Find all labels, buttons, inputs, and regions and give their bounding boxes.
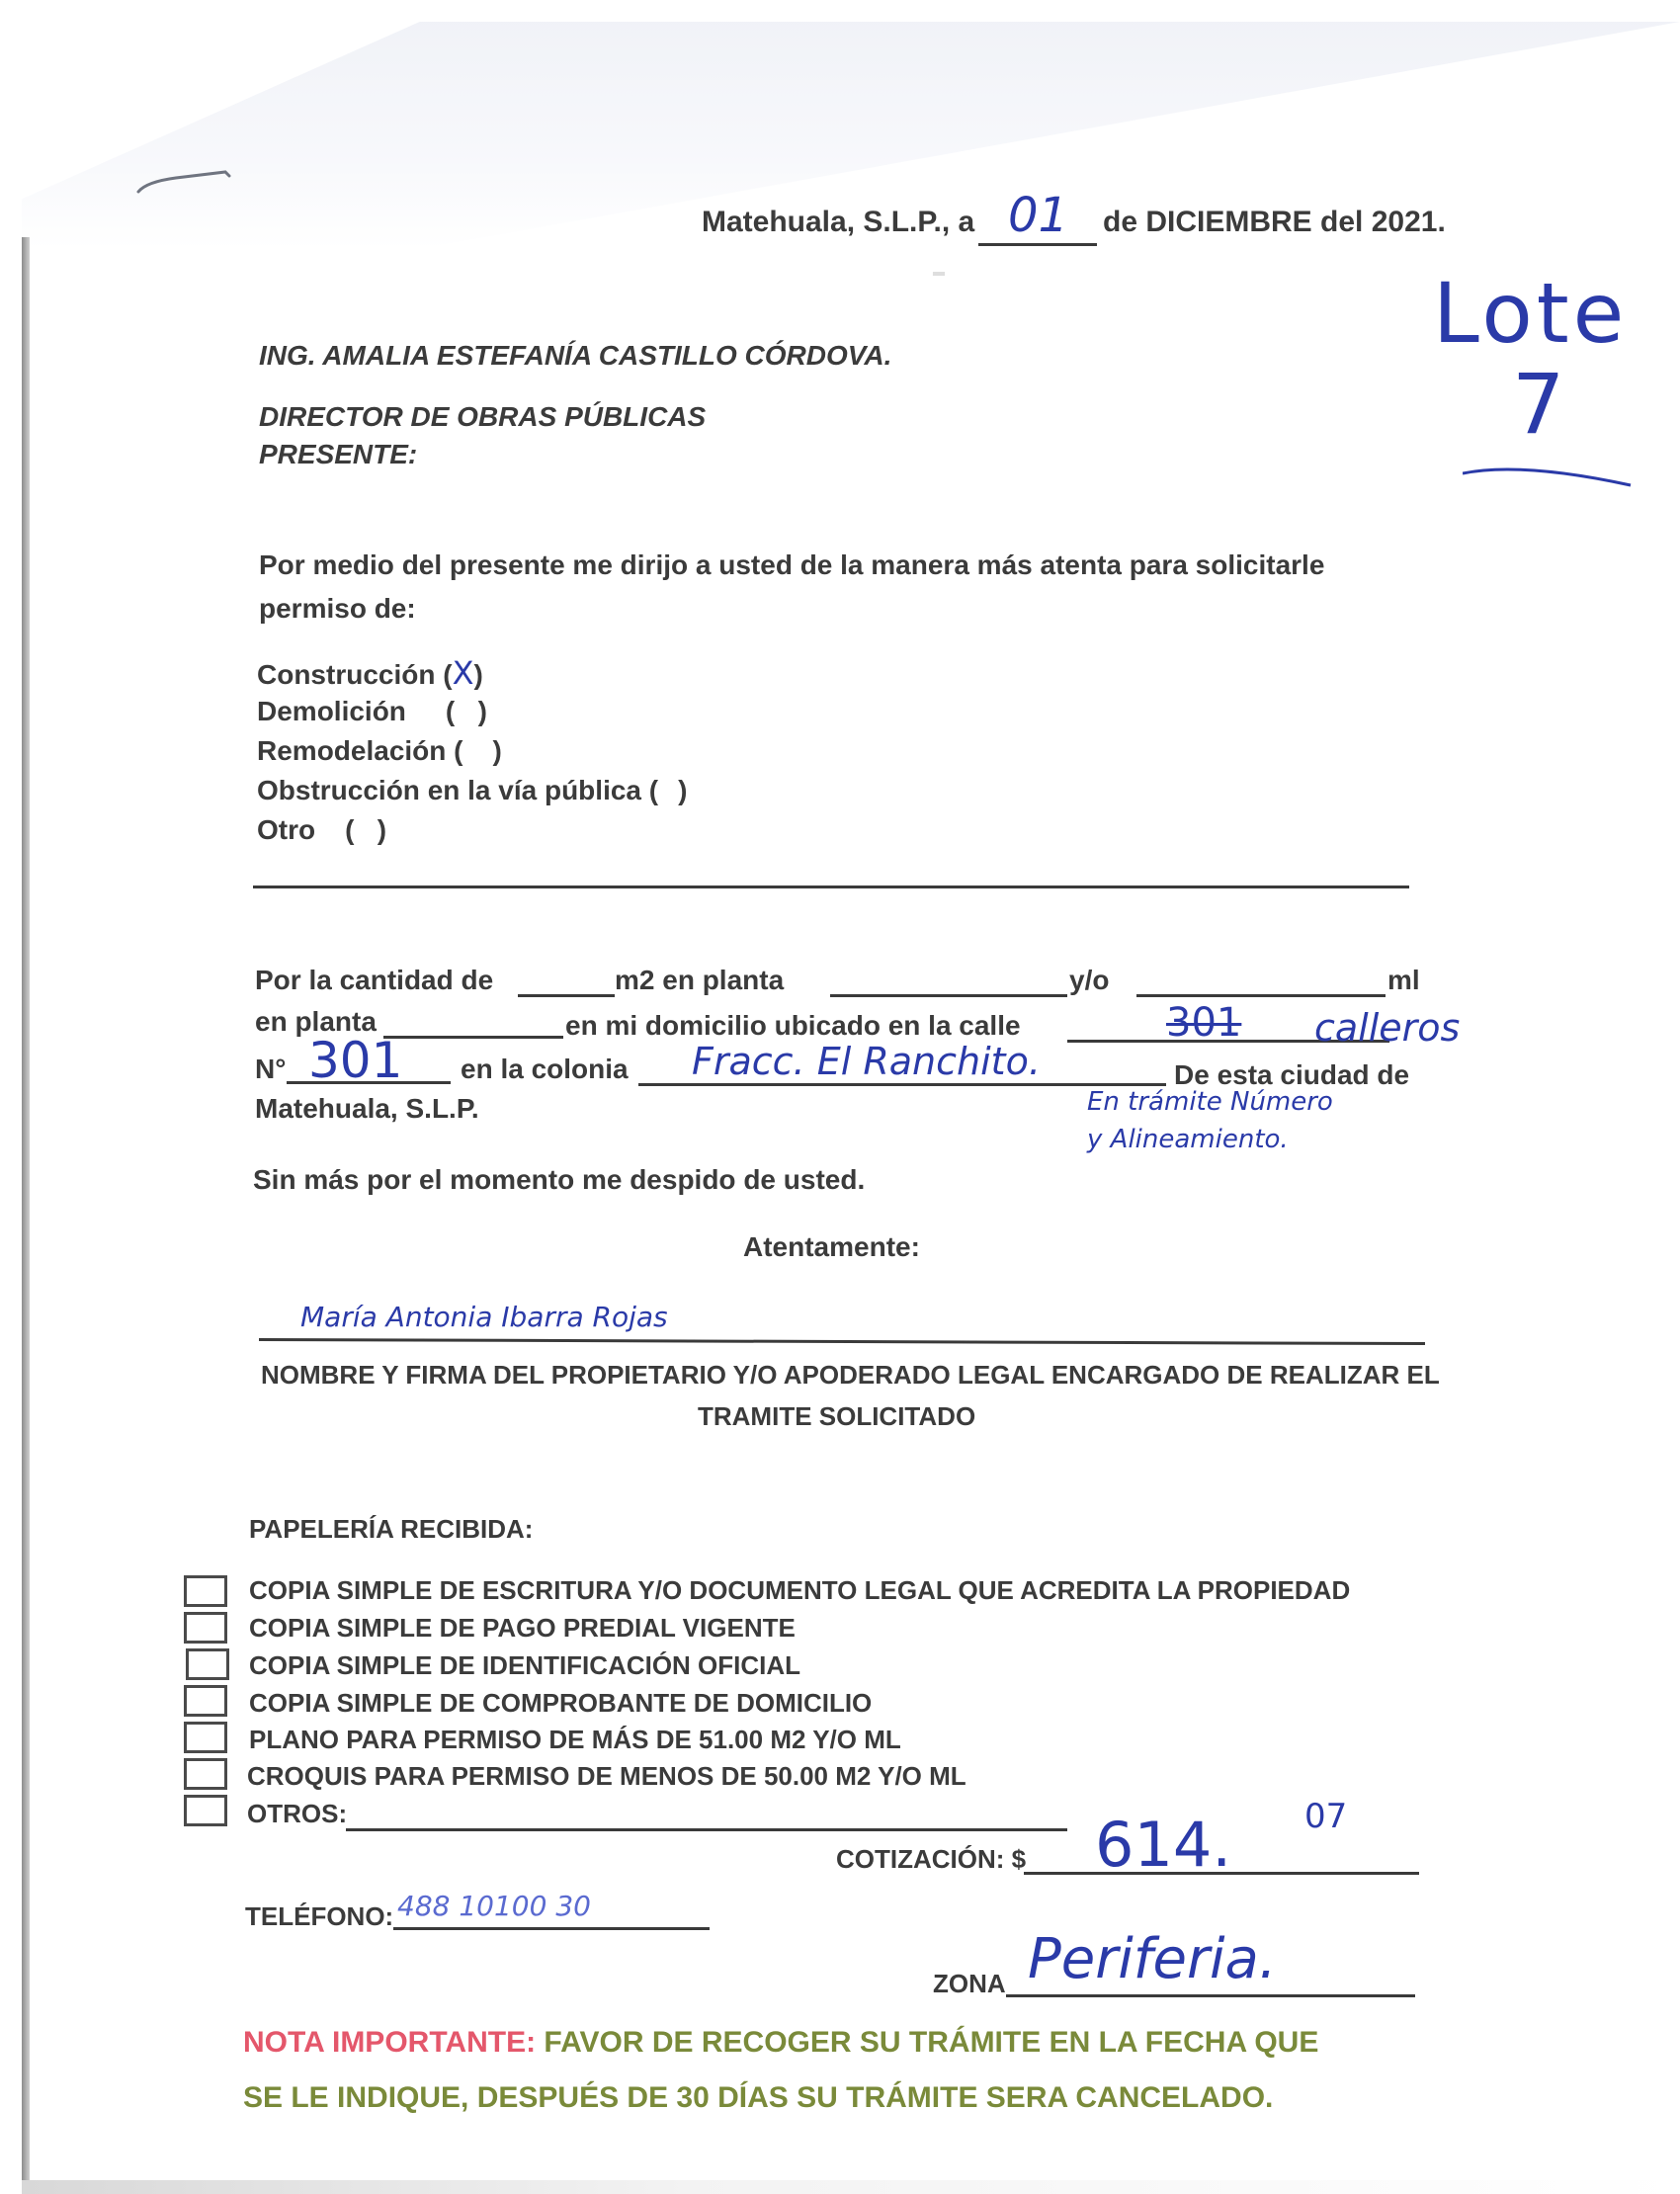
margin-note-lote: Lote: [1433, 265, 1628, 362]
signature: María Antonia Ibarra Rojas: [300, 1301, 668, 1333]
qty-m2-label: m2 en planta: [615, 965, 784, 996]
qty-ml: ml: [1387, 965, 1420, 996]
signature-caption-2: TRAMITE SOLICITADO: [698, 1401, 975, 1432]
domicilio-label: en mi domicilio ubicado en la calle: [565, 1010, 1021, 1042]
signature-line[interactable]: [259, 1338, 1425, 1345]
addressee-title: DIRECTOR DE OBRAS PÚBLICAS: [259, 401, 706, 433]
papeleria-item-otros: OTROS:: [247, 1799, 347, 1829]
papeleria-item-predial: COPIA SIMPLE DE PAGO PREDIAL VIGENTE: [249, 1613, 796, 1644]
place-date-prefix: Matehuala, S.L.P., a: [702, 206, 974, 239]
papeleria-title: PAPELERÍA RECIBIDA:: [249, 1514, 533, 1545]
staple-icon: [136, 168, 233, 194]
calle-value: calleros: [1314, 1006, 1460, 1050]
option-label: Obstrucción en la vía pública (: [257, 775, 658, 805]
checkbox-croquis[interactable]: [184, 1758, 227, 1790]
option-close: ): [492, 735, 501, 766]
option-label: Demolición: [257, 696, 406, 726]
papeleria-item-plano: PLANO PARA PERMISO DE MÁS DE 51.00 M2 Y/…: [249, 1725, 901, 1755]
colonia-label: en la colonia: [461, 1054, 629, 1085]
checkbox-plano[interactable]: [184, 1722, 227, 1753]
otros-field[interactable]: [346, 1828, 1067, 1831]
planta-field[interactable]: [383, 1036, 563, 1039]
day-underline: [978, 243, 1097, 246]
intro-line-1: Por medio del presente me dirijo a usted…: [259, 549, 1324, 581]
important-note-label: NOTA IMPORTANTE:: [243, 2026, 536, 2059]
intro-line-2: permiso de:: [259, 593, 416, 625]
papeleria-item-identificacion: COPIA SIMPLE DE IDENTIFICACIÓN OFICIAL: [249, 1650, 800, 1681]
checkbox-otros[interactable]: [184, 1795, 227, 1826]
checked-mark: X: [453, 654, 474, 692]
option-label: Remodelación (: [257, 735, 462, 766]
checkbox-predial[interactable]: [184, 1612, 227, 1644]
addressee-greeting: PRESENTE:: [259, 439, 417, 470]
numero-label: N°: [255, 1054, 286, 1085]
farewell: Sin más por el momento me despido de ust…: [253, 1164, 865, 1196]
zona-value: Periferia.: [1028, 1927, 1277, 1991]
checkbox-identificacion[interactable]: [186, 1648, 229, 1680]
qty-ml-field[interactable]: [1136, 994, 1386, 997]
checkbox-escritura[interactable]: [184, 1575, 227, 1607]
qty-yo: y/o: [1069, 965, 1109, 996]
numero-value: 301: [308, 1032, 402, 1089]
qty-m2-field[interactable]: [518, 994, 615, 997]
address-annotation-1: En trámite Número: [1087, 1087, 1333, 1117]
option-otro[interactable]: Otro( ): [257, 814, 386, 846]
telefono-value: 488 10100 30: [397, 1890, 591, 1922]
cotizacion-label: COTIZACIÓN: $: [836, 1844, 1026, 1875]
important-note-text-1: FAVOR DE RECOGER SU TRÁMITE EN LA FECHA …: [544, 2026, 1318, 2059]
important-note-line-1: NOTA IMPORTANTE: FAVOR DE RECOGER SU TRÁ…: [243, 2026, 1318, 2060]
option-label: Construcción (: [257, 659, 453, 690]
papeleria-item-escritura: COPIA SIMPLE DE ESCRITURA Y/O DOCUMENTO …: [249, 1575, 1350, 1606]
option-obstruccion[interactable]: Obstrucción en la vía pública (): [257, 775, 687, 806]
option-parens: ( ): [345, 814, 386, 845]
scan-left-edge: [22, 237, 30, 2194]
calle-struck-number: 301: [1166, 1000, 1241, 1046]
place-date-suffix: de DICIEMBRE del 2021.: [1103, 206, 1446, 239]
papeleria-item-croquis: CROQUIS PARA PERMISO DE MENOS DE 50.00 M…: [247, 1761, 966, 1792]
important-note-text-2: SE LE INDIQUE, DESPUÉS DE 30 DÍAS SU TRÁ…: [243, 2081, 1273, 2115]
option-demolicion[interactable]: Demolición( ): [257, 696, 487, 727]
zona-label: ZONA: [933, 1969, 1006, 1999]
qty-prefix: Por la cantidad de: [255, 965, 493, 996]
margin-note-underline: [1463, 460, 1640, 489]
option-close: ): [473, 659, 482, 690]
scan-bottom-edge: [22, 2180, 1680, 2194]
zona-field[interactable]: [1006, 1994, 1415, 1997]
address-annotation-2: y Alineamiento.: [1087, 1125, 1289, 1154]
option-construccion[interactable]: Construcción (X): [257, 654, 483, 692]
signature-caption-1: NOMBRE Y FIRMA DEL PROPIETARIO Y/O APODE…: [261, 1360, 1440, 1391]
ciudad: Matehuala, S.L.P.: [255, 1093, 479, 1125]
colonia-field[interactable]: [638, 1083, 1166, 1086]
regards: Atentamente:: [743, 1231, 920, 1263]
cotizacion-cents: 07: [1304, 1797, 1347, 1836]
papeleria-item-domicilio: COPIA SIMPLE DE COMPROBANTE DE DOMICILIO: [249, 1688, 872, 1719]
qty-planta-field[interactable]: [830, 994, 1067, 997]
telefono-field[interactable]: [393, 1927, 710, 1930]
checkbox-domicilio[interactable]: [184, 1685, 227, 1717]
otro-description-line[interactable]: [253, 886, 1409, 888]
margin-note-number: 7: [1512, 356, 1564, 453]
option-remodelacion[interactable]: Remodelación (): [257, 735, 502, 767]
day-handwritten: 01: [1008, 188, 1068, 243]
addressee-name: ING. AMALIA ESTEFANÍA CASTILLO CÓRDOVA.: [259, 340, 891, 372]
colonia-value: Fracc. El Ranchito.: [692, 1040, 1041, 1083]
option-label: Otro: [257, 814, 315, 845]
option-close: ): [678, 775, 687, 805]
cotizacion-value: 614.: [1095, 1809, 1231, 1881]
option-parens: ( ): [446, 696, 487, 726]
telefono-label: TELÉFONO:: [245, 1901, 393, 1932]
